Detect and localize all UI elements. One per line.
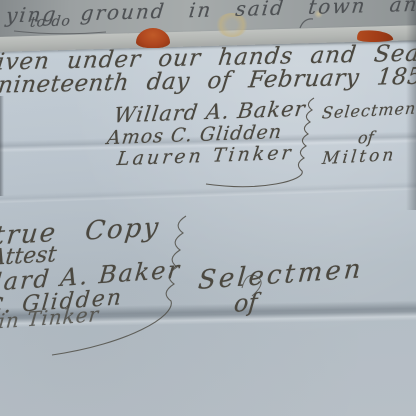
- top-sheet-line-2: to do: [29, 14, 71, 29]
- office-of: of: [357, 130, 374, 147]
- copy-office-of: of: [233, 290, 258, 316]
- page-edge-shadow-left: [0, 96, 4, 196]
- document-photograph: ying ground in said town and bound to do…: [0, 0, 416, 416]
- office-town: Milton: [321, 147, 397, 168]
